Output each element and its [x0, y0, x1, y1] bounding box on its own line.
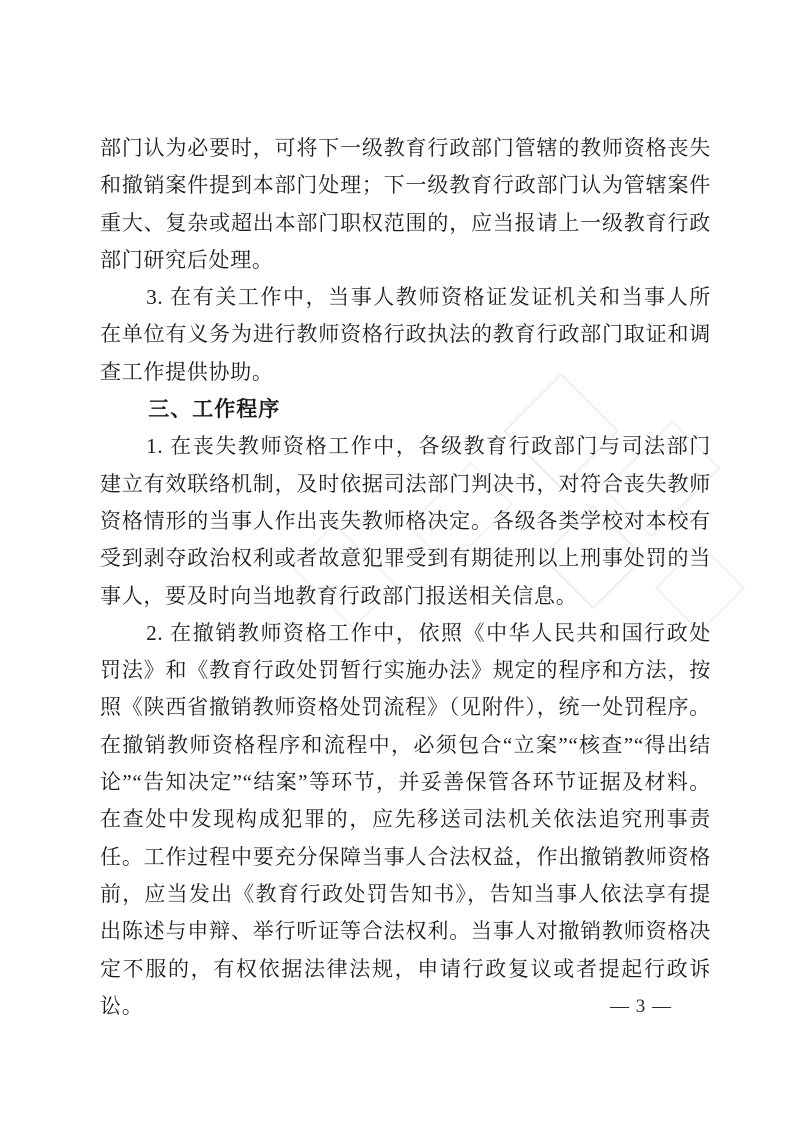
body-paragraph: 3. 在有关工作中，当事人教师资格证发证机关和当事人所在单位有义务为进行教师资格… — [100, 279, 711, 391]
body-paragraph: 2. 在撤销教师资格工作中，依照《中华人民共和国行政处罚法》和《教育行政处罚暂行… — [100, 615, 711, 1025]
body-paragraph: 部门认为必要时，可将下一级教育行政部门管辖的教师资格丧失和撤销案件提到本部门处理… — [100, 130, 711, 279]
page-number: — 3 — — [610, 996, 672, 1018]
section-heading: 三、工作程序 — [100, 391, 711, 428]
body-paragraph: 1. 在丧失教师资格工作中，各级教育行政部门与司法部门建立有效联络机制，及时依据… — [100, 428, 711, 614]
document-page: 部门认为必要时，可将下一级教育行政部门管辖的教师资格丧失和撤销案件提到本部门处理… — [0, 0, 793, 1122]
body-text-column: 部门认为必要时，可将下一级教育行政部门管辖的教师资格丧失和撤销案件提到本部门处理… — [100, 130, 711, 1025]
